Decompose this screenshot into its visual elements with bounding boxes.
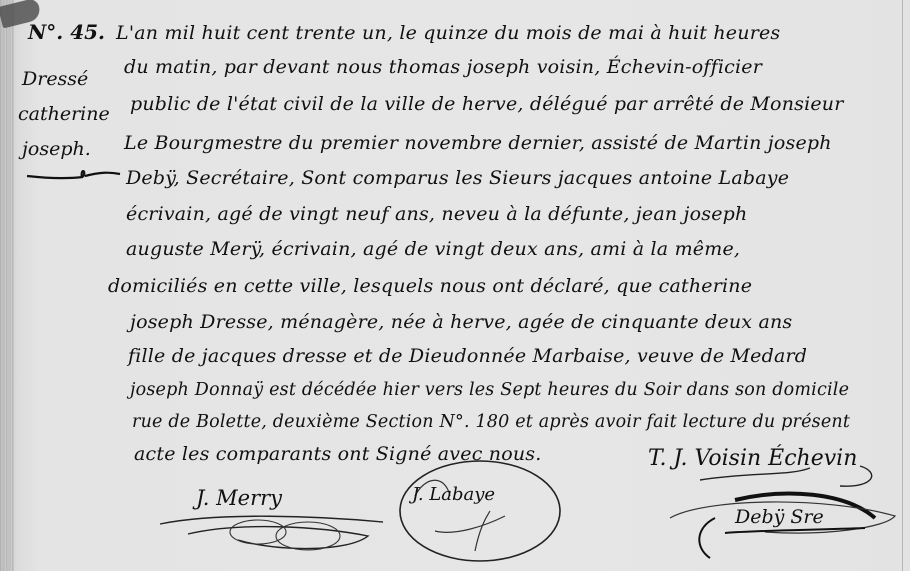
text-line-7: auguste Merÿ, écrivain, agé de vingt deu… xyxy=(126,238,740,260)
text-line-4: Le Bourgmestre du premier novembre derni… xyxy=(124,132,832,154)
text-line-2: du matin, par devant nous thomas joseph … xyxy=(124,56,762,78)
signature-labaye-oval xyxy=(395,456,565,566)
binding-shadow xyxy=(0,0,14,571)
margin-flourish xyxy=(25,166,120,182)
entry-number: N°. 45. xyxy=(28,20,105,44)
text-line-12: rue de Bolette, deuxième Section N°. 180… xyxy=(132,412,850,432)
text-line-11: joseph Donnaÿ est décédée hier vers les … xyxy=(130,380,849,400)
text-line-9: joseph Dresse, ménagère, née à herve, ag… xyxy=(130,311,792,333)
text-line-5: Debÿ, Secrétaire, Sont comparus les Sieu… xyxy=(126,167,789,189)
text-line-6: écrivain, agé de vingt neuf ans, neveu à… xyxy=(126,203,747,225)
text-line-10: fille de jacques dresse et de Dieudonnée… xyxy=(128,345,807,367)
signature-deby: Debÿ Sre xyxy=(735,506,824,528)
margin-note-catherine: catherine xyxy=(18,103,110,125)
signature-merry-flourish xyxy=(158,512,388,562)
signature-deby-flourish xyxy=(665,488,905,568)
text-line-8: domiciliés en cette ville, lesquels nous… xyxy=(108,275,752,297)
margin-note-joseph: joseph. xyxy=(22,138,91,160)
text-line-1: L'an mil huit cent trente un, le quinze … xyxy=(116,22,780,44)
text-line-3: public de l'état civil de la ville de he… xyxy=(130,93,844,115)
signature-labaye: J. Labaye xyxy=(412,484,495,505)
right-margin-rule xyxy=(902,0,903,571)
margin-note-dresse: Dressé xyxy=(22,68,88,90)
register-page: N°. 45. Dressé catherine joseph. L'an mi… xyxy=(0,0,910,571)
signature-merry: J. Merry xyxy=(196,486,282,510)
